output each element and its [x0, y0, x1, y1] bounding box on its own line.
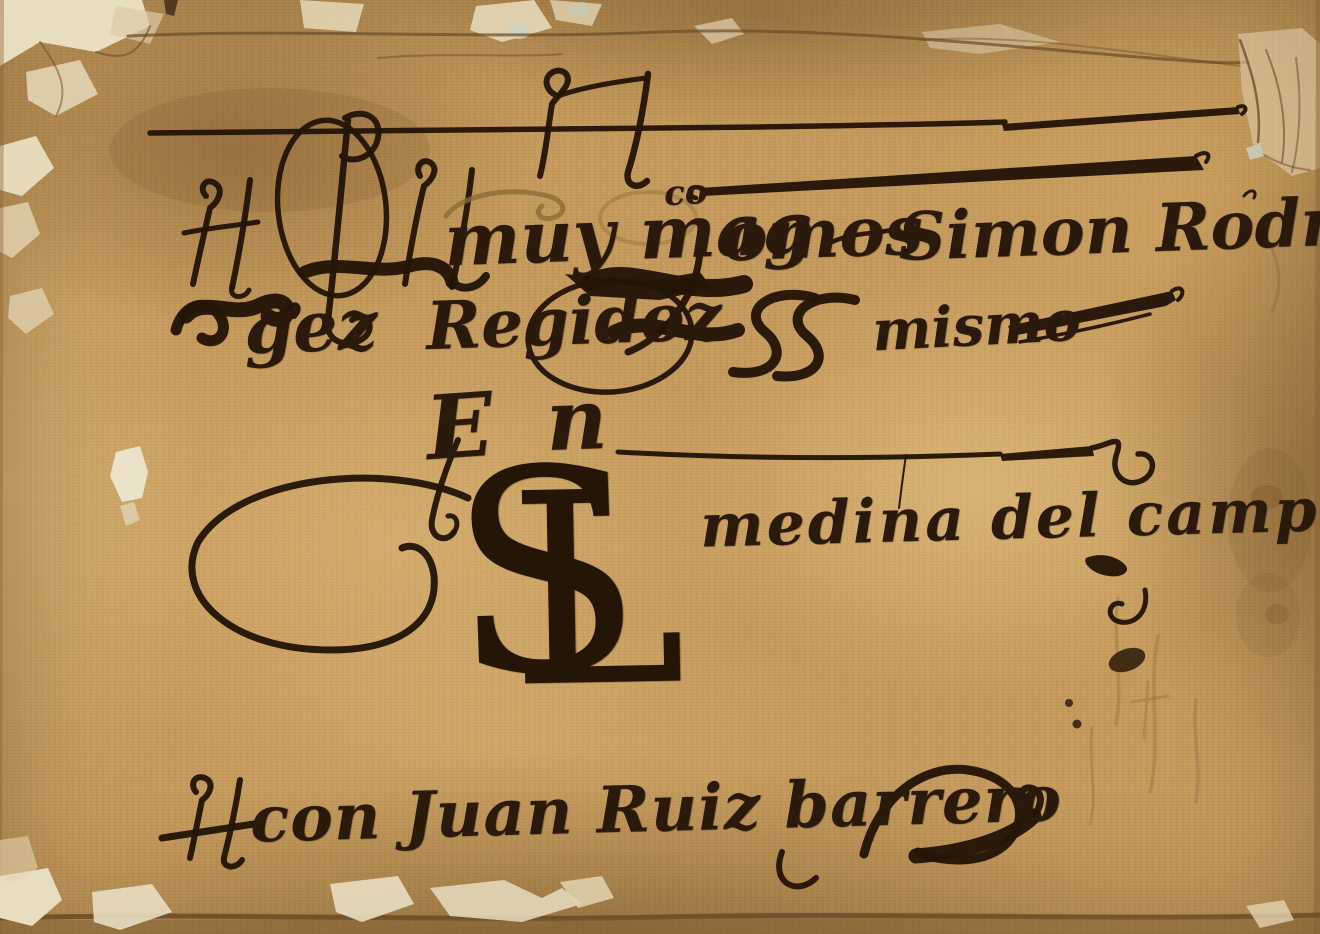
- h-mark-stem: [232, 180, 250, 288]
- top-rule-wedge: [1002, 107, 1240, 131]
- double-s-flourish: [777, 298, 855, 377]
- word-office: Regidoz: [425, 283, 723, 359]
- word-honorific: omos: [721, 197, 924, 272]
- en-rule-wedge: [1000, 446, 1094, 461]
- top-paraph-mark: [558, 78, 646, 96]
- parchment-leaf: muy mag co omos Simon Rodri gez Regidoz …: [0, 0, 1320, 934]
- top-rule: [150, 122, 1005, 133]
- en-rule-curl: [1092, 441, 1152, 482]
- h-mark-stem: [190, 777, 210, 858]
- baseline-swash: [305, 264, 452, 282]
- curl-blob: [1085, 555, 1127, 576]
- word-name-continued: gez: [243, 290, 379, 365]
- h-mark-bar: [184, 222, 258, 233]
- lead-swash: [176, 305, 223, 341]
- barrero-descender: [779, 852, 816, 886]
- campo-descender-curl: [1110, 590, 1146, 622]
- top-paraph-mark: [540, 71, 568, 176]
- word-place-name: medina del campo: [699, 479, 1320, 556]
- superscript-abbreviation: co: [663, 175, 708, 211]
- h-mark-bar: [162, 824, 254, 838]
- word-addressee-name: Simon Rodri: [897, 188, 1320, 270]
- big-loop-flourish: [192, 478, 468, 650]
- word-mismo: mismo: [871, 293, 1082, 360]
- monogram-letter-l: L: [507, 457, 688, 725]
